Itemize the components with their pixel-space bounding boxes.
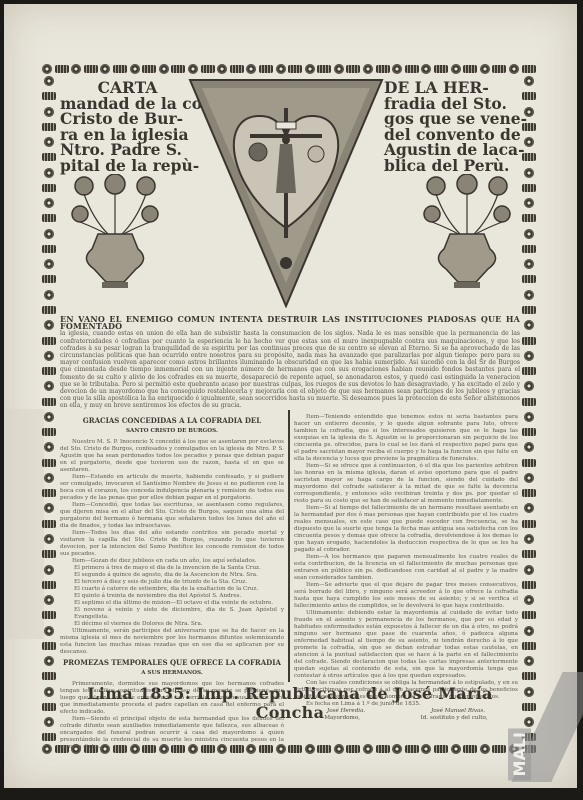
border-ornament-icon	[44, 534, 54, 544]
column-divider	[288, 410, 290, 682]
right-column: Item—Teniendo entendido que tenemos esto…	[294, 414, 518, 722]
border-ornament-icon	[42, 184, 56, 192]
watermark-text: MALI	[508, 728, 531, 780]
border-ornament-icon	[42, 337, 56, 345]
section-subheading: A SUS HERMANOS.	[60, 670, 284, 677]
border-ornament-icon	[524, 381, 534, 391]
border-ornament-icon	[522, 275, 536, 283]
border-ornament-icon	[522, 611, 536, 619]
border-ornament-icon	[113, 65, 127, 73]
border-ornament-icon	[524, 717, 534, 727]
border-ornament-icon	[44, 381, 54, 391]
border-ornament-icon	[421, 64, 431, 74]
section-subheading: SANTO CRISTO DE BURGOS.	[60, 428, 284, 435]
paragraph: Item—Teniendo entendido que tenemos esto…	[294, 414, 518, 463]
border-ornament-icon	[42, 398, 56, 406]
border-ornament-icon	[376, 65, 390, 73]
border-ornament-icon	[334, 64, 344, 74]
border-ornament-icon	[159, 64, 169, 74]
border-ornament-icon	[522, 214, 536, 222]
border-ornament-icon	[42, 123, 56, 131]
border-ornament-icon	[524, 565, 534, 575]
border-ornament-icon	[392, 744, 402, 754]
document-sheet: CARTA mandad de la co Cristo de Bur- ra …	[4, 4, 577, 788]
border-ornament-icon	[524, 168, 534, 178]
border-ornament-icon	[42, 428, 56, 436]
border-ornament-icon	[522, 65, 536, 73]
border-ornament-icon	[524, 320, 534, 330]
border-ornament-icon	[522, 550, 536, 558]
border-ornament-icon	[42, 520, 56, 528]
border-ornament-icon	[84, 65, 98, 73]
border-ornament-icon	[363, 744, 373, 754]
border-ornament-icon	[188, 64, 198, 74]
border-ornament-icon	[42, 733, 56, 741]
paragraph: Item—Concedió, que todas las escrituras,…	[60, 502, 284, 530]
border-ornament-icon	[71, 64, 81, 74]
list-item: El primero á tres de mayo el dia de la i…	[60, 565, 284, 572]
border-ornament-icon	[522, 520, 536, 528]
border-ornament-icon	[44, 137, 54, 147]
flower-vase-right-icon	[420, 174, 514, 294]
border-ornament-icon	[434, 65, 448, 73]
border-ornament-icon	[363, 64, 373, 74]
border-ornament-icon	[524, 351, 534, 361]
border-ornament-icon	[524, 290, 534, 300]
paragraph: Nuestro M. S. P. Inocencio X concedió á …	[60, 439, 284, 474]
border-ornament-icon	[42, 550, 56, 558]
border-ornament-icon	[42, 703, 56, 711]
border-ornament-icon	[522, 581, 536, 589]
printer-imprint: Lima 1835: Imp. Republicana de José Marí…	[60, 684, 520, 722]
border-ornament-icon	[522, 306, 536, 314]
intro-heading: EN VANO EL ENEMIGO COMUN INTENTA DESTRUI…	[60, 316, 520, 330]
border-ornament-icon	[44, 76, 54, 86]
border-ornament-icon	[44, 290, 54, 300]
border-ornament-icon	[305, 64, 315, 74]
title-left-block: CARTA mandad de la co Cristo de Bur- ra …	[60, 80, 195, 173]
intro-body: la iglesia, cuando estas en union de ell…	[60, 330, 520, 409]
paragraph: Ultimamente: debiendo estar la mayordomi…	[294, 610, 518, 680]
border-ornament-icon	[463, 65, 477, 73]
border-ornament-icon	[524, 503, 534, 513]
border-ornament-icon	[44, 565, 54, 575]
border-ornament-icon	[522, 703, 536, 711]
border-ornament-icon	[44, 320, 54, 330]
border-ornament-icon	[44, 107, 54, 117]
border-ornament-icon	[44, 595, 54, 605]
border-ornament-icon	[524, 473, 534, 483]
border-ornament-icon	[522, 92, 536, 100]
border-ornament-icon	[259, 65, 273, 73]
border-ornament-icon	[100, 64, 110, 74]
border-ornament-icon	[524, 412, 534, 422]
border-ornament-icon	[44, 626, 54, 636]
border-ornament-icon	[288, 65, 302, 73]
border-ornament-icon	[44, 442, 54, 452]
list-item: El quinto á treinta de noviembre dia del…	[60, 593, 284, 600]
border-ornament-icon	[524, 595, 534, 605]
border-ornament-icon	[522, 489, 536, 497]
border-ornament-icon	[42, 275, 56, 283]
border-ornament-icon	[524, 687, 534, 697]
border-ornament-icon	[44, 656, 54, 666]
border-ornament-icon	[171, 65, 185, 73]
list-item: El septimo el dia último de mision—El oc…	[60, 600, 284, 607]
border-ornament-icon	[317, 65, 331, 73]
list-item: El segundo á quince de agosto, dia de la…	[60, 572, 284, 579]
torn-edge	[4, 409, 44, 639]
paragraph: Item—A los hermanos que pagaren mensualm…	[294, 554, 518, 582]
title-line: blica del Perù.	[384, 158, 522, 174]
border-ornament-icon	[44, 503, 54, 513]
border-ornament-icon	[524, 656, 534, 666]
intro-paragraph: EN VANO EL ENEMIGO COMUN INTENTA DESTRUI…	[60, 316, 520, 410]
crucifix-emblem-icon	[188, 78, 384, 308]
border-ornament-icon	[201, 65, 215, 73]
border-ornament-icon	[480, 64, 490, 74]
border-ornament-icon	[451, 64, 461, 74]
section-heading: PROMEZAS TEMPORALES QUE OFRECE LA COFRAD…	[60, 659, 284, 666]
border-ornament-icon	[42, 672, 56, 680]
border-top	[42, 62, 536, 76]
border-ornament-icon	[492, 745, 506, 753]
border-ornament-icon	[42, 367, 56, 375]
border-ornament-icon	[230, 65, 244, 73]
border-ornament-icon	[44, 198, 54, 208]
border-ornament-icon	[524, 259, 534, 269]
border-ornament-icon	[44, 473, 54, 483]
border-ornament-icon	[55, 65, 69, 73]
border-ornament-icon	[524, 229, 534, 239]
border-ornament-icon	[524, 534, 534, 544]
border-ornament-icon	[44, 351, 54, 361]
border-ornament-icon	[376, 745, 390, 753]
border-ornament-icon	[42, 214, 56, 222]
border-ornament-icon	[522, 672, 536, 680]
border-ornament-icon	[434, 745, 448, 753]
list-item: El tercero á diez y seis de julio dia de…	[60, 579, 284, 586]
border-ornament-icon	[44, 687, 54, 697]
border-ornament-icon	[524, 76, 534, 86]
border-ornament-icon	[346, 745, 360, 753]
border-ornament-icon	[217, 64, 227, 74]
border-ornament-icon	[522, 459, 536, 467]
border-ornament-icon	[42, 459, 56, 467]
border-ornament-icon	[288, 745, 302, 753]
border-ornament-icon	[142, 65, 156, 73]
title-line: pital de la repù-	[60, 158, 195, 174]
border-right	[522, 76, 536, 742]
border-ornament-icon	[405, 65, 419, 73]
border-ornament-icon	[305, 744, 315, 754]
border-left	[42, 76, 56, 742]
border-ornament-icon	[42, 489, 56, 497]
border-ornament-icon	[42, 581, 56, 589]
border-ornament-icon	[522, 337, 536, 345]
border-ornament-icon	[42, 642, 56, 650]
border-ornament-icon	[42, 92, 56, 100]
border-ornament-icon	[44, 717, 54, 727]
border-ornament-icon	[334, 744, 344, 754]
title-right-block: DE LA HER- fradia del Sto. gos que se ve…	[384, 80, 522, 173]
border-ornament-icon	[44, 412, 54, 422]
border-ornament-icon	[405, 745, 419, 753]
border-ornament-icon	[522, 245, 536, 253]
border-ornament-icon	[346, 65, 360, 73]
paragraph: Item—Si al tiempo del fallecimiento de u…	[294, 505, 518, 554]
border-ornament-icon	[509, 64, 519, 74]
border-ornament-icon	[44, 259, 54, 269]
border-ornament-icon	[42, 64, 52, 74]
section-heading: GRACIAS CONCEDIDAS A LA COFRADIA DEL	[60, 417, 284, 424]
border-ornament-icon	[44, 168, 54, 178]
border-ornament-icon	[522, 398, 536, 406]
border-ornament-icon	[276, 64, 286, 74]
border-ornament-icon	[42, 306, 56, 314]
border-ornament-icon	[522, 184, 536, 192]
border-ornament-icon	[451, 744, 461, 754]
border-ornament-icon	[392, 64, 402, 74]
border-ornament-icon	[42, 611, 56, 619]
ornamental-frame: CARTA mandad de la co Cristo de Bur- ra …	[42, 62, 536, 756]
list-item: El décimo el viernes de Dolores de Ntra.…	[60, 621, 284, 628]
border-ornament-icon	[246, 64, 256, 74]
border-ornament-icon	[524, 442, 534, 452]
border-ornament-icon	[522, 367, 536, 375]
paragraph: Item—Todos los dias del año estando cont…	[60, 530, 284, 558]
border-ornament-icon	[522, 428, 536, 436]
border-ornament-icon	[524, 626, 534, 636]
paragraph: Ultimamente, serán participes del aniver…	[60, 628, 284, 656]
border-ornament-icon	[463, 745, 477, 753]
border-ornament-icon	[492, 65, 506, 73]
border-ornament-icon	[522, 642, 536, 650]
border-ornament-icon	[42, 245, 56, 253]
list-item: El cuarto á catorce de setiembre, dia de…	[60, 586, 284, 593]
border-ornament-icon	[130, 64, 140, 74]
border-ornament-icon	[421, 744, 431, 754]
border-ornament-icon	[42, 153, 56, 161]
border-ornament-icon	[44, 229, 54, 239]
paragraph: Item—Estando en articulo de muerte, habi…	[60, 474, 284, 502]
paragraph: Item—Se advierte que el que dejare de pa…	[294, 582, 518, 610]
flower-vase-left-icon	[68, 174, 162, 294]
paragraph: Item—Si se ofrece que á continuacion, ó …	[294, 463, 518, 505]
border-ornament-icon	[480, 744, 490, 754]
border-ornament-icon	[524, 198, 534, 208]
border-ornament-icon	[524, 137, 534, 147]
jubileos-list: El primero á tres de mayo el dia de la i…	[60, 565, 284, 628]
border-ornament-icon	[317, 745, 331, 753]
border-ornament-icon	[42, 744, 52, 754]
list-item: El noveno á veinte y siete de diciembre,…	[60, 607, 284, 621]
paragraph: Item—Gozan de diez jubileos en cada un a…	[60, 558, 284, 565]
